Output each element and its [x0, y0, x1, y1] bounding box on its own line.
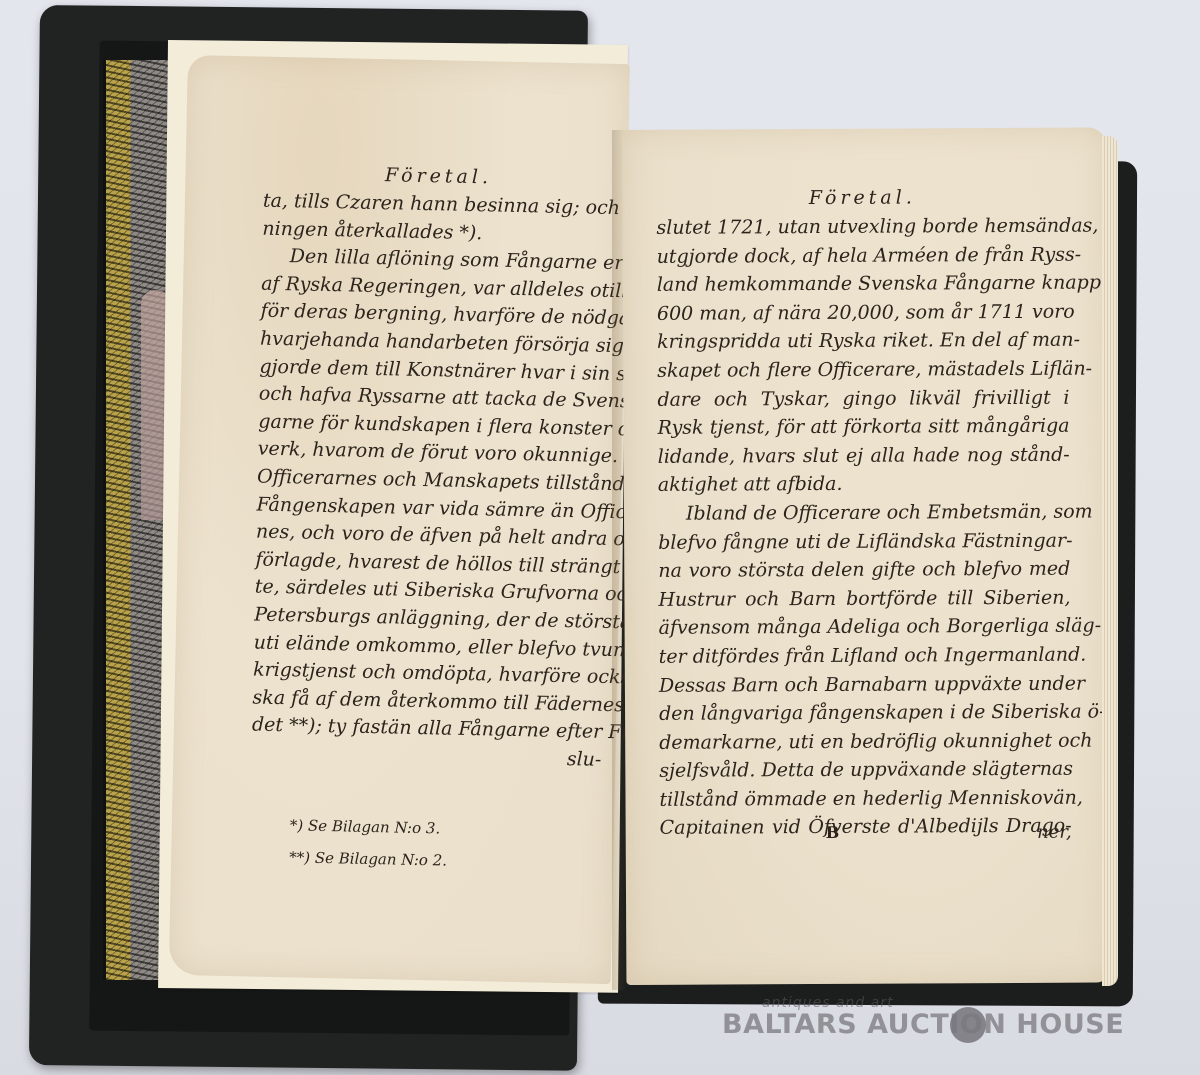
text-line: sjelfsvåld. Detta de uppväxande slägtern… — [659, 755, 1071, 786]
text-line: 600 man, af nära 20,000, som år 1711 vor… — [657, 297, 1069, 328]
book-photo: Företal. ta, tills Czaren hann besinna s… — [0, 0, 1200, 1075]
footnotes: *) Se Bilagan N:o 3. **) Se Bilagan N:o … — [289, 809, 448, 876]
watermark-name: BALTARS AUCTION HOUSE — [722, 1009, 1124, 1040]
footnote: *) Se Bilagan N:o 3. — [290, 809, 448, 844]
left-page-body: ta, tills Czaren hann besinna sig; och b… — [251, 188, 613, 775]
text-line: utgjorde dock, af hela Arméen de från Ry… — [657, 240, 1069, 271]
text-line: kringspridda uti Ryska riket. En del af … — [657, 326, 1069, 357]
text-line: den långvariga fångenskapen i de Siberis… — [659, 698, 1071, 729]
text-line: Hustrur och Barn bortförde till Siberien… — [658, 583, 1070, 614]
text-line: tillstånd ömmade en hederlig Menniskovän… — [659, 784, 1071, 815]
text-line: Dessas Barn och Barnabarn uppväxte under — [659, 669, 1071, 700]
text-line: äfvensom många Adeliga och Borgerliga sl… — [659, 612, 1071, 643]
footnote: **) Se Bilagan N:o 2. — [289, 841, 447, 876]
page-block-edge — [1102, 136, 1118, 986]
running-head-right: Företal. — [656, 186, 1068, 210]
text-line: demarkarne, uti en bedröflig okunnighet … — [659, 726, 1071, 757]
text-line: ter ditfördes från Lifland och Ingermanl… — [659, 641, 1071, 672]
text-line: dare och Tyskar, gingo likväl frivilligt… — [657, 383, 1069, 414]
auction-house-watermark: antiques and art BALTARS AUCTION HOUSE — [722, 995, 1122, 1055]
running-head-left: Företal. — [263, 162, 613, 191]
right-page-body: slutet 1721, utan utvexling borde hemsän… — [656, 212, 1071, 843]
text-line: Rysk tjenst, för att förkorta sitt mångå… — [657, 412, 1069, 443]
left-page-text: Företal. ta, tills Czaren hann besinna s… — [251, 162, 614, 775]
catchword-right: ner, — [1037, 822, 1072, 843]
text-line: Capitainen vid Öfverste d'Albedijls Drag… — [660, 812, 1072, 843]
text-line: land hemkommande Svenska Fångarne knappt — [657, 269, 1069, 300]
text-line: slutet 1721, utan utvexling borde hemsän… — [656, 212, 1068, 243]
text-line: na voro största delen gifte och blefvo m… — [658, 555, 1070, 586]
text-line: lidande, hvars slut ej alla hade nog stå… — [658, 440, 1070, 471]
signature-mark: B — [826, 823, 840, 842]
right-page-text: Företal. slutet 1721, utan utvexling bor… — [656, 186, 1071, 843]
text-line: skapet och flere Officerare, mästadels L… — [657, 355, 1069, 386]
text-line: Ibland de Officerare och Embetsmän, som — [658, 498, 1070, 529]
text-line: blefvo fångne uti de Lifländska Fästning… — [658, 526, 1070, 557]
left-page: Företal. ta, tills Czaren hann besinna s… — [169, 55, 630, 984]
text-line: aktighet att afbida. — [658, 469, 1070, 500]
right-page: Företal. slutet 1721, utan utvexling bor… — [622, 127, 1110, 985]
